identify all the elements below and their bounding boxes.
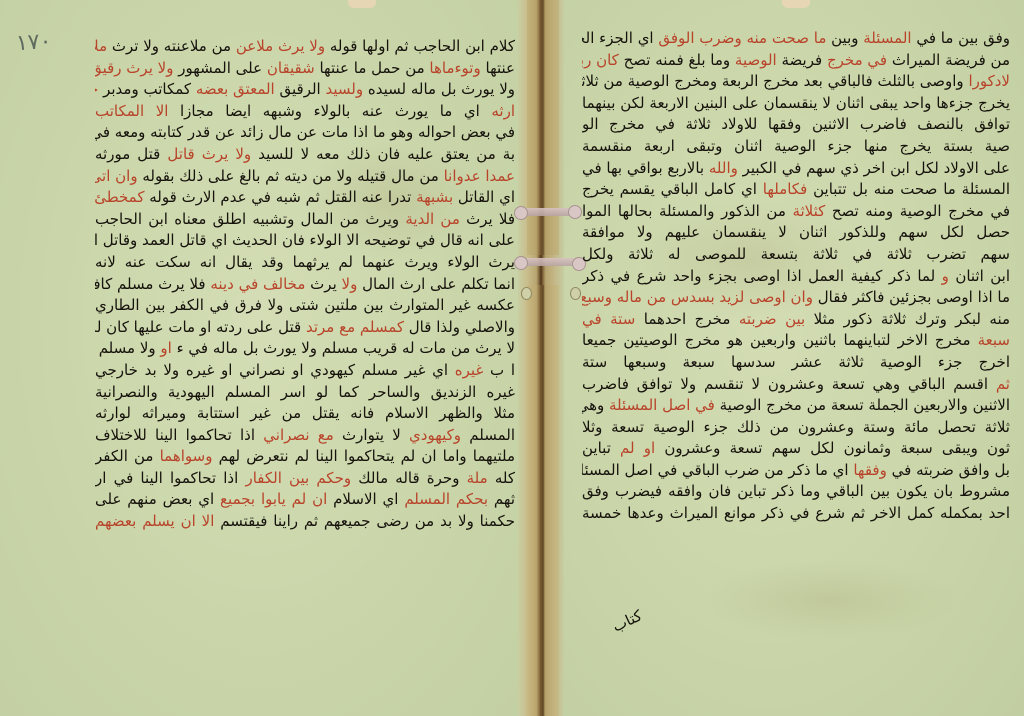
thread-knot: [514, 256, 528, 270]
manuscript-line: المسلم وكيهودي لا يتوارث مع نصراني اذا ت…: [95, 425, 515, 447]
rubric-text: المعتق بعضه: [196, 80, 275, 98]
body-text: اي ما ذكر من ضرب الباقي في اصل المسئلة: [582, 461, 853, 479]
body-text: واوصى بالثلث فالباقي بعد مخرج الربعة ومخ…: [582, 72, 968, 90]
manuscript-line: ا ب غيره اي غير مسلم كيهودي او نصراني او…: [95, 360, 515, 382]
manuscript-line: اي القاتل بشبهة تدرا عنه القتل ثم شبه في…: [95, 187, 515, 209]
rubric-text: من الدية: [405, 210, 460, 228]
body-text: الاثنين والاربعين الجملة تسعة من مخرج ال…: [715, 396, 1010, 414]
body-text: مخرج الاخر لتباينهما باثنين واربعين هو م…: [582, 331, 978, 349]
manuscript-line: على انه قال في توضيحه الا الولاء فان الح…: [95, 230, 515, 252]
body-text: ثلاثة تحصل مائة وستة وعشرون من ذلك جزء ا…: [582, 418, 1010, 436]
body-text: بالاربع بواقي بها في: [582, 159, 709, 177]
rubric-text: بشبهة: [416, 188, 453, 206]
rubric-text: المسئلة: [863, 29, 911, 47]
body-text: ما اذا اوصى بجزئين فاكثر فقال: [813, 288, 1010, 306]
book-clamp: [348, 0, 376, 8]
body-text: اقسم الباقي وهي تسعة وعشرون لا تنقسم ولا…: [582, 375, 996, 393]
body-text: اي الاسلام: [327, 490, 404, 508]
body-text: اخرج جزء الوصية ثلاثة عشر سدسها سبعة وسب…: [582, 353, 1010, 371]
manuscript-line: بل وافق ضربته في وفقها اي ما ذكر من ضرب …: [582, 460, 1010, 482]
rubric-text: والله: [709, 159, 738, 177]
manuscript-line: عنتها وتوءماها من حمل ما عنتها شقيقان عل…: [95, 58, 515, 80]
manuscript-spread: ١٧٠ كلام ابن الحاجب ثم اولها قوله ولا ير…: [0, 0, 1024, 716]
rubric-text: كمخطئ: [95, 188, 145, 206]
manuscript-line: المسئلة ما صحت منه بل تتباين فكاملها اي …: [582, 179, 1010, 201]
body-text: على انه قال في توضيحه الا الولاء فان الح…: [95, 231, 515, 249]
body-text: حصل لكل سهم وللذكور اثنان لا ينقسمان علي…: [582, 223, 1010, 241]
left-page-text: كلام ابن الحاجب ثم اولها قوله ولا يرث مل…: [95, 36, 515, 533]
body-text: فلا يرث مسلم كافرا ولا: [95, 275, 210, 293]
manuscript-line: مشروط بان يكون بين الباقي وما ذكر تباين …: [582, 481, 1010, 503]
thread-knot: [568, 205, 582, 219]
binding-strip-bottom: [527, 285, 559, 716]
rubric-text: ملة: [467, 469, 488, 487]
body-text: سهم تضرب ثلاثة في ثلاثة بتسعة للموصى له …: [582, 245, 1010, 263]
body-text: من حمل ما عنتها: [315, 59, 430, 77]
body-text: يرث: [305, 275, 341, 293]
rubric-text: وكيهودي: [409, 426, 461, 444]
rubric-text: الا المكاتب: [95, 102, 168, 120]
sewing-hole: [570, 287, 581, 300]
rubric-text: الوصية: [735, 51, 777, 69]
rubric-text: بحكم المسلم: [404, 490, 488, 508]
body-text: منه لبكر وترك ثلاثة ذكور مثلا: [805, 310, 1010, 328]
body-text: قتل مورثه: [95, 145, 167, 163]
body-text: غيره الزنديق والساحر كما لو اسر المسلم ا…: [95, 383, 515, 401]
manuscript-line: لا يرث من مات له قريب مسلم ولا يورث بل م…: [95, 338, 515, 360]
rubric-text: كان ربعا او: [582, 51, 619, 69]
body-text: اي بعض منهم على: [95, 490, 214, 508]
body-text: ملتيهما واما ان لم يتحاكموا الينا لم نتع…: [212, 447, 515, 465]
manuscript-line: الاثنين والاربعين الجملة تسعة من مخرج ال…: [582, 395, 1010, 417]
body-text: المسئلة ما صحت منه بل تتباين: [807, 180, 1010, 198]
body-text: اي ما يورث عنه بالولاء وشبهه ايضا مجازا: [168, 102, 491, 120]
body-text: ا ب: [483, 361, 515, 379]
body-text: اذا تحاكموا الينا للاختلاف: [95, 426, 263, 444]
manuscript-line: سبعة مخرج الاخر لتباينهما باثنين واربعين…: [582, 330, 1010, 352]
rubric-text: وحكم بين الكفار: [245, 469, 351, 487]
body-text: اي غير مسلم كيهودي او نصراني او غيره ولا…: [95, 361, 455, 379]
manuscript-line: ابن اثنان و لما ذكر كيفية العمل اذا اوصى…: [582, 266, 1010, 288]
manuscript-line: يخرج جزءها واحد يبقى اثنان لا ينقسمان عل…: [582, 93, 1010, 115]
manuscript-line: مثلا والظهر الاسلام فانه يقتل من غير است…: [95, 403, 515, 425]
body-text: في بعض احواله وهو ما اذا مات عن مال زائد…: [95, 123, 515, 141]
rubric-text: شقيقان: [267, 59, 315, 77]
manuscript-line: ملتيهما واما ان لم يتحاكموا الينا لم نتع…: [95, 446, 515, 468]
body-text: بل وافق ضربته في: [887, 461, 1010, 479]
body-text: كمكاتب ومدبر: [98, 80, 195, 98]
body-text: كلام ابن الحاجب ثم اولها قوله: [325, 37, 515, 55]
manuscript-line: ثم اقسم الباقي وهي تسعة وعشرون لا تنقسم …: [582, 374, 1010, 396]
body-text: صية بستة يخرج منها جزء الوصية اثنان وتبق…: [582, 137, 1010, 155]
body-text: عكسه غير المتوارث بين ملتين شتى ولا فرق …: [95, 296, 515, 314]
body-text: وبين: [826, 29, 863, 47]
body-text: ولا مسلم: [95, 339, 160, 357]
rubric-text: فكاملها: [763, 180, 808, 198]
book-clamp: [782, 0, 810, 8]
body-text: فلا يرث: [460, 210, 515, 228]
body-text: من مال قتيله ولا من ديته ثم بالغ على ذلك…: [138, 167, 444, 185]
rubric-text: وسواهما: [160, 447, 213, 465]
body-text: من فريضة الميراث: [887, 51, 1010, 69]
rubric-text: و: [942, 267, 949, 285]
manuscript-line: ارثه اي ما يورث عنه بالولاء وشبهه ايضا م…: [95, 101, 515, 123]
rubric-text: في مخرج: [827, 51, 887, 69]
manuscript-line: منه لبكر وترك ثلاثة ذكور مثلا بين ضربته …: [582, 309, 1010, 331]
body-text: بة من يعتق عليه فان ذلك معه لا للسيد: [251, 145, 515, 163]
rubric-text: ما صحت منه وضرب الوفق: [658, 29, 826, 47]
thread-knot: [514, 206, 528, 220]
manuscript-line: كلام ابن الحاجب ثم اولها قوله ولا يرث مل…: [95, 36, 515, 58]
manuscript-line: عكسه غير المتوارث بين ملتين شتى ولا فرق …: [95, 295, 515, 317]
binding-strip-top: [527, 0, 559, 255]
body-text: يرث الولاء ويرث عنهما لم يرثهما وقد يقال…: [95, 253, 515, 271]
body-text: قتل على ردته او مات عليها كان له: [95, 318, 306, 336]
body-text: ويرث من المال وتشبيه اطلق معناه ابن الحا…: [95, 210, 405, 228]
rubric-text: وان اوصى لزيد بسدس من ماله وسبع: [582, 288, 813, 306]
rubric-text: عمدا عدوانا: [444, 167, 515, 185]
rubric-text: ولا: [342, 275, 358, 293]
body-text: اي الجزء الخاص: [582, 29, 658, 47]
rubric-text: في اصل المسئلة: [609, 396, 715, 414]
body-text: توافق بالنصف فاضرب الاثنين وفقها للاولاد…: [582, 115, 1010, 133]
body-text: تدرا عنه القتل ثم شبه في عدم الارث قوله: [145, 188, 417, 206]
body-text: مشروط بان يكون بين الباقي وما ذكر تباين …: [582, 482, 1010, 500]
manuscript-line: غيره الزنديق والساحر كما لو اسر المسلم ا…: [95, 382, 515, 404]
body-text: فريضة: [777, 51, 827, 69]
rubric-text: كمسلم مع مرتد: [306, 318, 404, 336]
body-text: من الذكور والمسئلة بحالها الموا: [582, 202, 792, 220]
rubric-text: غيره: [455, 361, 484, 379]
right-page-text: وفق بين ما في المسئلة وبين ما صحت منه وض…: [582, 28, 1010, 525]
rubric-text: ثم: [996, 375, 1010, 393]
body-text: ثهم: [488, 490, 515, 508]
body-text: وهي: [582, 396, 609, 414]
rubric-text: بين ضربته: [739, 310, 805, 328]
body-text: والاصلي ولذا قال: [404, 318, 515, 336]
rubric-text: وان اتى: [95, 167, 138, 185]
body-text: عنتها: [481, 59, 515, 77]
manuscript-line: احد بمكمله كمل الاخر ثم شرع في ذكر موانع…: [582, 503, 1010, 525]
rubric-text: كثلاثة: [792, 202, 825, 220]
rubric-text: ولا يرث ملاعن: [236, 37, 325, 55]
body-text: ابن اثنان: [949, 267, 1010, 285]
paper-stain: [700, 560, 960, 640]
manuscript-line: كله ملة وحرة قاله مالك وحكم بين الكفار ا…: [95, 468, 515, 490]
rubric-text: ان لم يابوا: [261, 490, 327, 508]
rubric-text: مع نصراني: [263, 426, 334, 444]
body-text: اذا تحاكموا الينا في ار: [95, 469, 245, 487]
manuscript-line: في مخرج الوصية ومنه تصح كثلاثة من الذكور…: [582, 201, 1010, 223]
body-text: وفق بين ما في: [912, 29, 1010, 47]
manuscript-line: انما تكلم على ارث المال ولا يرث مخالف في…: [95, 274, 515, 296]
manuscript-line: سهم تضرب ثلاثة في ثلاثة بتسعة للموصى له …: [582, 244, 1010, 266]
manuscript-line: يرث الولاء ويرث عنهما لم يرثهما وقد يقال…: [95, 252, 515, 274]
manuscript-line: ثون ويبقى سبعة وثمانون لكل سهم تسعة وعشر…: [582, 438, 1010, 460]
manuscript-line: صية بستة يخرج منها جزء الوصية اثنان وتبق…: [582, 136, 1010, 158]
body-text: لما ذكر كيفية العمل اذا اوصى بجزء واحد ش…: [582, 267, 942, 285]
manuscript-line: ولا يورث بل ماله لسيده ولسيد الرقيق المع…: [95, 79, 515, 101]
body-text: من ملاعنته ولا ترث: [107, 37, 236, 55]
body-text: اي كامل الباقي يقسم يخرج: [582, 180, 763, 198]
body-text: من الكفر: [95, 447, 160, 465]
folio-number: ١٧٠: [15, 29, 52, 56]
body-text: احد بمكمله كمل الاخر ثم شرع في ذكر موانع…: [582, 504, 1010, 522]
rubric-text: ولسيد: [326, 80, 364, 98]
body-text: ثون ويبقى سبعة وثمانون لكل سهم تسعة وعشر…: [655, 439, 1010, 457]
manuscript-line: حكمنا ولا بد من رضى جميعهم ثم راينا فيقت…: [95, 511, 515, 533]
rubric-text: ملاعنة: [95, 37, 107, 55]
body-text: اي القاتل: [453, 188, 515, 206]
body-text: على المشهور: [173, 59, 266, 77]
rubric-text: الا ان يسلم بعضهم: [95, 512, 214, 530]
body-text: تباين: [582, 439, 620, 457]
body-text: في مخرج الوصية ومنه تصح: [825, 202, 1010, 220]
manuscript-line: اخرج جزء الوصية ثلاثة عشر سدسها سبعة وسب…: [582, 352, 1010, 374]
body-text: وحرة قاله مالك: [351, 469, 467, 487]
body-text: لا يرث من مات له قريب مسلم ولا يورث بل م…: [172, 339, 515, 357]
manuscript-line: ما اذا اوصى بجزئين فاكثر فقال وان اوصى ل…: [582, 287, 1010, 309]
manuscript-line: فلا يرث من الدية ويرث من المال وتشبيه اط…: [95, 209, 515, 231]
body-text: انما تكلم على ارث المال: [357, 275, 515, 293]
body-text: المسلم: [461, 426, 515, 444]
manuscript-line: ثهم بحكم المسلم اي الاسلام ان لم يابوا ب…: [95, 489, 515, 511]
manuscript-line: عمدا عدوانا من مال قتيله ولا من ديته ثم …: [95, 166, 515, 188]
manuscript-line: والاصلي ولذا قال كمسلم مع مرتد قتل على ر…: [95, 317, 515, 339]
body-text: كله: [488, 469, 515, 487]
sewing-hole: [521, 287, 532, 300]
manuscript-line: توافق بالنصف فاضرب الاثنين وفقها للاولاد…: [582, 114, 1010, 136]
rubric-text: ستة في: [582, 310, 635, 328]
body-text: وما بلغ فمنه تصح: [619, 51, 735, 69]
body-text: على الاولاد لكل ابن اخر ذي سهم في الكبير: [738, 159, 1010, 177]
rubric-text: وتوءماها: [429, 59, 480, 77]
rubric-text: لادكورا: [968, 72, 1010, 90]
body-text: ولا يورث بل ماله لسيده: [363, 80, 515, 98]
manuscript-line: من فريضة الميراث في مخرج فريضة الوصية وم…: [582, 50, 1010, 72]
body-text: حكمنا ولا بد من رضى جميعهم ثم راينا فيقت…: [214, 512, 515, 530]
rubric-text: ارثه: [491, 102, 515, 120]
body-text: مثلا والظهر الاسلام فانه يقتل من غير است…: [95, 404, 515, 422]
body-text: يخرج جزءها واحد يبقى اثنان لا ينقسمان عل…: [582, 94, 1010, 112]
manuscript-line: لادكورا واوصى بالثلث فالباقي بعد مخرج ال…: [582, 71, 1010, 93]
body-text: مخرج احدهما: [635, 310, 739, 328]
manuscript-line: ثلاثة تحصل مائة وستة وعشرون من ذلك جزء ا…: [582, 417, 1010, 439]
manuscript-line: في بعض احواله وهو ما اذا مات عن مال زائد…: [95, 122, 515, 144]
rubric-text: ولا يرث رقيق: [95, 59, 173, 77]
manuscript-line: على الاولاد لكل ابن اخر ذي سهم في الكبير…: [582, 158, 1010, 180]
rubric-text: وفقها: [853, 461, 887, 479]
manuscript-line: بة من يعتق عليه فان ذلك معه لا للسيد ولا…: [95, 144, 515, 166]
body-text: الرقيق: [275, 80, 326, 98]
rubric-text: او لم: [620, 439, 655, 457]
manuscript-line: وفق بين ما في المسئلة وبين ما صحت منه وض…: [582, 28, 1010, 50]
rubric-text: ولا يرث قاتل: [167, 145, 251, 163]
rubric-text: سبعة: [978, 331, 1010, 349]
body-text: لا يتوارث: [334, 426, 409, 444]
rubric-text: مخالف في دينه: [210, 275, 305, 293]
rubric-text: بجميع: [214, 490, 261, 508]
manuscript-line: حصل لكل سهم وللذكور اثنان لا ينقسمان علي…: [582, 222, 1010, 244]
rubric-text: او: [160, 339, 171, 357]
